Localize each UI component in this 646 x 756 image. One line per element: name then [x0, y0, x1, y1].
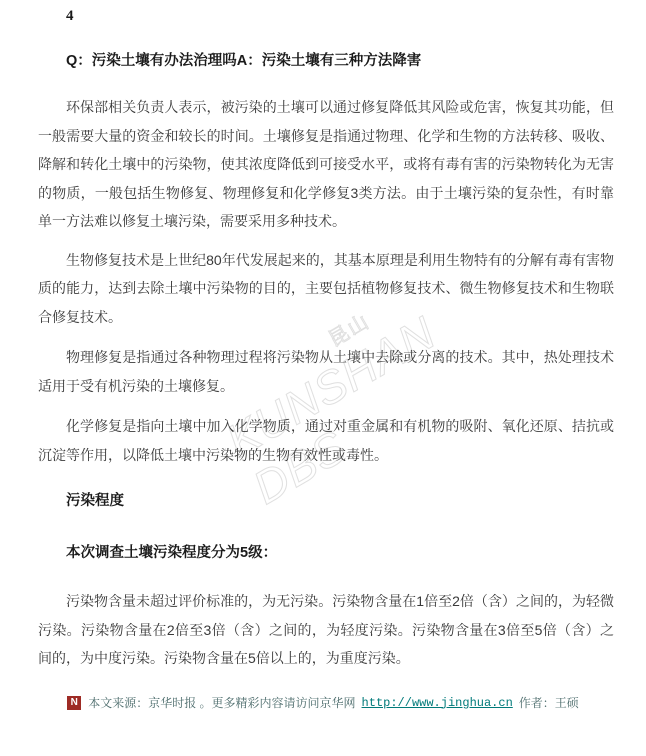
heading-pollution-degree: 污染程度: [66, 491, 614, 511]
page-number: 4: [66, 8, 614, 25]
document-content: 4 Q：污染土壤有办法治理吗A：污染土壤有三种方法降害 环保部相关负责人表示，被…: [38, 8, 614, 673]
news-badge-icon: N: [67, 696, 81, 710]
document-page: 昆山 KUNSHAN DBS 4 Q：污染土壤有办法治理吗A：污染土壤有三种方法…: [0, 0, 646, 756]
source-footer: N 本文来源：京华时报 。更多精彩内容请访问京华网 http://www.jin…: [0, 694, 646, 711]
qa-heading: Q：污染土壤有办法治理吗A：污染土壤有三种方法降害: [66, 51, 614, 71]
footer-source-text: 本文来源：京华时报 。更多精彩内容请访问京华网: [88, 694, 355, 711]
paragraph-pollution-levels: 污染物含量未超过评价标准的，为无污染。污染物含量在1倍至2倍（含）之间的，为轻微…: [38, 587, 614, 673]
paragraph-chemical-remediation: 化学修复是指向土壤中加入化学物质，通过对重金属和有机物的吸附、氧化还原、拮抗或沉…: [38, 412, 614, 469]
jinghua-link[interactable]: http://www.jinghua.cn: [362, 696, 513, 710]
heading-five-levels: 本次调查土壤污染程度分为5级：: [66, 543, 614, 563]
footer-author-text: 作者：王硕: [519, 694, 579, 711]
paragraph-bio-remediation: 生物修复技术是上世纪80年代发展起来的，其基本原理是利用生物特有的分解有毒有害物…: [38, 246, 614, 332]
paragraph-remediation-overview: 环保部相关负责人表示，被污染的土壤可以通过修复降低其风险或危害，恢复其功能，但一…: [38, 93, 614, 236]
paragraph-physical-remediation: 物理修复是指通过各种物理过程将污染物从土壤中去除或分离的技术。其中，热处理技术适…: [38, 343, 614, 400]
